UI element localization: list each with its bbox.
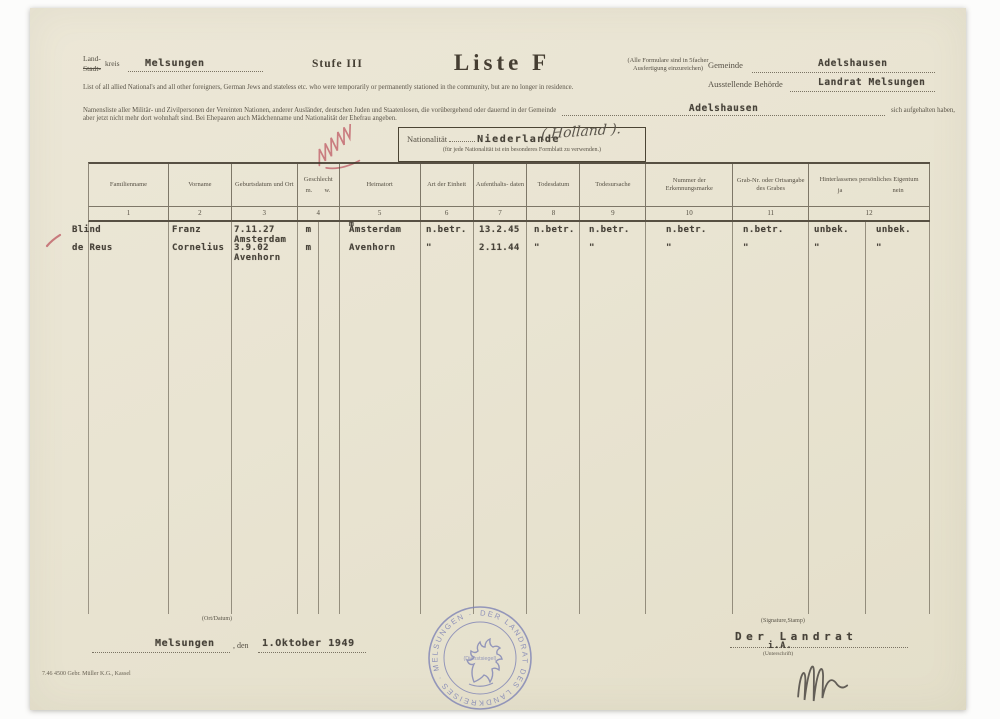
cell-death-cause: " bbox=[581, 244, 647, 263]
column-rule bbox=[421, 222, 474, 614]
sub-label-w: w. bbox=[318, 187, 336, 195]
column-number: 6 bbox=[421, 207, 474, 220]
column-number: 8 bbox=[527, 207, 580, 220]
column-header-aufenthaltsdaten: Aufenthalts- daten bbox=[474, 164, 528, 206]
cell-birth: 3.9.02Avenhorn bbox=[232, 244, 298, 263]
column-number: 7 bbox=[474, 207, 528, 220]
geschlecht-subheader: m. w. bbox=[300, 187, 337, 195]
german-line1-tail: sich aufgehalten haben, bbox=[891, 107, 955, 114]
column-rule bbox=[646, 222, 733, 614]
cell-sex-w bbox=[319, 226, 340, 245]
column-number: 4 bbox=[298, 207, 340, 220]
home-town: Avenhorn bbox=[349, 243, 396, 253]
column-header-erkennungsmarke: Nummer der Erkennungsmarke bbox=[646, 164, 733, 206]
eigentum-subheader: ja nein bbox=[811, 187, 927, 195]
column-label: Geburtsdatum und Ort bbox=[235, 181, 294, 189]
home-town-correction: m bbox=[349, 219, 354, 229]
column-label: Hinterlassenes persönliches Eigentum bbox=[820, 176, 919, 184]
column-header-einheit: Art der Einheit bbox=[421, 164, 474, 206]
column-rule bbox=[298, 222, 319, 614]
official-seal-stamp: DER LANDRAT DES LANDKREISES · MELSUNGEN … bbox=[422, 600, 538, 716]
gemeinde-typed-value: Adelshausen bbox=[818, 58, 888, 69]
english-description: List of all allied National's and all ot… bbox=[83, 84, 693, 91]
page-title: Liste F bbox=[427, 50, 577, 76]
column-number: 9 bbox=[580, 207, 646, 220]
column-number: 11 bbox=[733, 207, 809, 220]
place-fill-line bbox=[92, 651, 230, 653]
kreis-label-suffix: kreis bbox=[105, 59, 120, 68]
cell-residence-date: 2.11.44 bbox=[474, 244, 528, 263]
cell-tag-number: n.betr. bbox=[647, 226, 734, 245]
column-rule bbox=[232, 222, 298, 614]
table-body: Blind Franz 7.11.27Amsterdam m mAmsterda… bbox=[88, 222, 930, 614]
kreis-label-stadt-struck: Stadt- bbox=[83, 64, 101, 73]
sub-label-m: m. bbox=[300, 187, 318, 195]
column-rule bbox=[527, 222, 580, 614]
column-header-geburtsdatum: Geburtsdatum und Ort bbox=[232, 164, 298, 206]
column-rule bbox=[733, 222, 809, 614]
column-rule bbox=[809, 222, 866, 614]
column-header-todesursache: Todesursache bbox=[580, 164, 646, 206]
column-label: Grab-Nr. oder Ortsangabe des Grabes bbox=[735, 177, 806, 193]
column-label: Nummer der Erkennungsmarke bbox=[648, 177, 730, 193]
behoerde-typed-value: Landrat Melsungen bbox=[818, 77, 925, 88]
birth-date: 7.11.27 bbox=[234, 225, 275, 235]
cell-grave: " bbox=[734, 244, 810, 263]
cell-tag-number: " bbox=[647, 244, 734, 263]
birth-date: 3.9.02 bbox=[234, 243, 269, 253]
date-typed-value: 1.Oktober 1949 bbox=[262, 638, 355, 649]
cell-unit: " bbox=[421, 244, 474, 263]
home-town: Amsterdam bbox=[349, 225, 401, 235]
column-label: Familienname bbox=[110, 181, 147, 189]
gemeinde-inline-typed: Adelshausen bbox=[689, 103, 759, 114]
column-number: 10 bbox=[646, 207, 733, 220]
gemeinde-fill-line bbox=[752, 71, 935, 73]
date-fill-line bbox=[258, 651, 366, 653]
nationality-fill-dots bbox=[449, 132, 475, 142]
stamp-center-text: (Dienstsiegel) bbox=[464, 656, 497, 662]
column-number: 3 bbox=[232, 207, 298, 220]
red-checkmark-annotation bbox=[44, 232, 66, 250]
nationality-box: Nationalität Niederlande ( Holland ). (f… bbox=[398, 127, 646, 162]
kreis-fill-line bbox=[128, 70, 263, 72]
column-label: Todesdatum bbox=[538, 181, 570, 189]
copies-note-line1: (Alle Formulare sind in 5facher bbox=[628, 57, 709, 64]
date-preposition: , den bbox=[233, 641, 249, 650]
printer-imprint: 7.46 4500 Gebr. Müller K.G., Kassel bbox=[42, 671, 131, 677]
column-header-vorname: Vorname bbox=[169, 164, 232, 206]
column-header-geschlecht: Geschlecht m. w. bbox=[298, 164, 340, 206]
cell-first-name: Cornelius bbox=[169, 244, 232, 263]
behoerde-fill-line bbox=[790, 90, 935, 92]
birth-place: Avenhorn bbox=[234, 253, 281, 263]
place-typed-value: Melsungen bbox=[155, 638, 215, 649]
table-header-row: Familienname Vorname Geburtsdatum und Or… bbox=[88, 162, 930, 207]
cell-property-right: " bbox=[867, 244, 931, 263]
column-header-todesdatum: Todesdatum bbox=[527, 164, 580, 206]
column-number: 2 bbox=[169, 207, 232, 220]
column-rule bbox=[580, 222, 646, 614]
column-header-heimatort: Heimatort bbox=[340, 164, 421, 206]
cell-family-name: de Reus bbox=[62, 244, 169, 263]
signature-handwriting bbox=[782, 642, 862, 708]
behoerde-label: Ausstellende Behörde bbox=[708, 79, 783, 89]
column-rule bbox=[866, 222, 930, 614]
nationality-hint: (für jede Nationalität ist ein besondere… bbox=[399, 147, 645, 153]
nationality-label: Nationalität bbox=[407, 134, 447, 144]
persons-table: Familienname Vorname Geburtsdatum und Or… bbox=[88, 162, 930, 614]
sub-label-nein: nein bbox=[869, 187, 927, 195]
scanned-form-paper: Land- Stadt- kreis Melsungen Stufe III L… bbox=[30, 8, 966, 710]
column-rule bbox=[89, 222, 169, 614]
table-column-numbers-row: 1 2 3 4 5 6 7 8 9 10 11 12 bbox=[88, 207, 930, 222]
german-line1-text: Namensliste aller Militär- und Zivilpers… bbox=[83, 107, 556, 114]
column-label: Geschlecht bbox=[304, 176, 333, 184]
place-date-caption: (Ort/Datum) bbox=[202, 616, 232, 622]
stufe-label: Stufe III bbox=[312, 58, 363, 70]
copies-note-line2: Ausfertigung einzureichen) bbox=[633, 65, 703, 72]
kreis-typed-value: Melsungen bbox=[145, 58, 205, 69]
column-label: Aufenthalts- daten bbox=[476, 181, 524, 189]
cell-sex-m: m bbox=[298, 244, 319, 263]
cell-home-town: Avenhorn bbox=[340, 244, 421, 263]
column-label: Todesursache bbox=[595, 181, 630, 189]
column-header-eigentum: Hinterlassenes persönliches Eigentum ja … bbox=[809, 164, 930, 206]
column-rule bbox=[169, 222, 232, 614]
kreis-label-land: Land- bbox=[83, 54, 101, 63]
column-number: 1 bbox=[89, 207, 169, 220]
column-label: Art der Einheit bbox=[427, 181, 466, 189]
column-header-grab: Grab-Nr. oder Ortsangabe des Grabes bbox=[733, 164, 809, 206]
table-row: de Reus Cornelius 3.9.02Avenhorn m Avenh… bbox=[62, 244, 931, 263]
column-rule bbox=[340, 222, 421, 614]
column-header-familienname: Familienname bbox=[89, 164, 169, 206]
column-number: 12 bbox=[809, 207, 930, 220]
signature-caption: (Signature,Stamp) bbox=[761, 618, 805, 624]
cell-property-left: " bbox=[810, 244, 867, 263]
column-label: Vorname bbox=[188, 181, 211, 189]
german-description-line2: aber jetzt nicht mehr dort wohnhaft sind… bbox=[83, 115, 783, 122]
sub-label-ja: ja bbox=[811, 187, 869, 195]
column-rule bbox=[474, 222, 528, 614]
column-rule bbox=[319, 222, 340, 614]
gemeinde-label: Gemeinde bbox=[708, 60, 743, 70]
column-label: Heimatort bbox=[366, 181, 392, 189]
cell-death-date: " bbox=[528, 244, 581, 263]
cell-sex-w bbox=[319, 244, 340, 263]
